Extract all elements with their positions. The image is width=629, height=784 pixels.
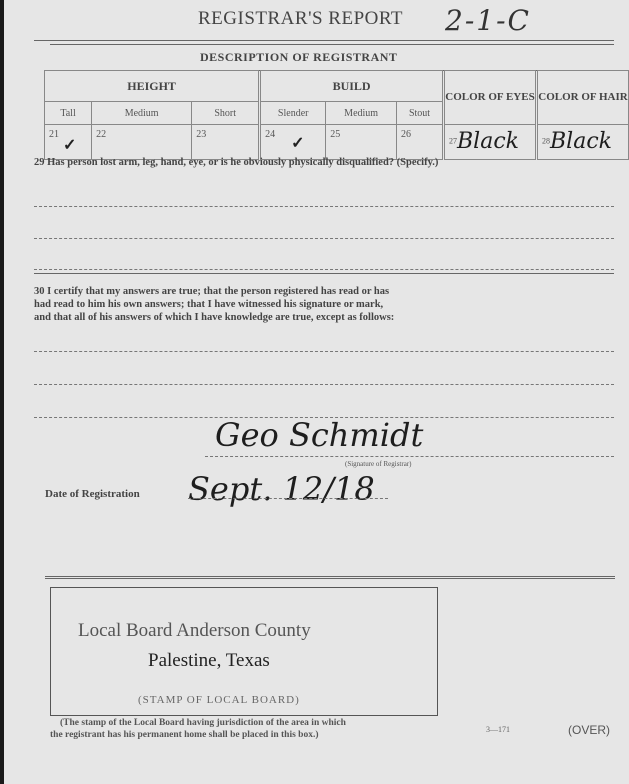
cell-stout: 26 <box>397 125 444 160</box>
footnote-line: (The stamp of the Local Board having jur… <box>50 717 346 729</box>
field-number: 28 <box>542 137 550 146</box>
column-label-stout: Stout <box>397 102 444 125</box>
registrar-signature: Geo Schmidt <box>215 416 423 454</box>
form-number: 3—171 <box>486 725 510 734</box>
stamp-board-location: Palestine, Texas <box>148 650 270 672</box>
date-label: Date of Registration <box>45 488 140 500</box>
rule-divider <box>45 576 615 577</box>
stamp-board-name: Local Board Anderson County <box>78 620 311 642</box>
question-30: 30 I certify that my answers are true; t… <box>34 285 619 324</box>
question-30-line: and that all of his answers of which I h… <box>34 311 619 324</box>
question-30-line: 30 I certify that my answers are true; t… <box>34 285 619 298</box>
hair-color-value: Black <box>550 129 612 154</box>
eye-color-value: Black <box>457 129 519 154</box>
cell-short: 23 <box>192 125 260 160</box>
column-label-short: Short <box>192 102 260 125</box>
rule-divider <box>50 44 614 45</box>
signature-line <box>205 456 614 457</box>
rule-divider <box>34 273 614 274</box>
answer-line <box>34 206 614 207</box>
registration-date: Sept. 12/18 <box>188 470 375 508</box>
answer-line <box>34 238 614 239</box>
field-number: 26 <box>401 129 411 140</box>
date-line <box>188 498 388 499</box>
answer-line <box>34 269 614 270</box>
eye-color-header: COLOR OF EYES <box>444 71 537 125</box>
over-label: (OVER) <box>568 723 610 737</box>
cell-medium-build: 25 <box>326 125 397 160</box>
build-header: BUILD <box>260 71 444 102</box>
cell-tall: 21 ✓ <box>45 125 92 160</box>
field-number: 27 <box>449 137 457 146</box>
rule-divider <box>34 40 614 41</box>
cell-eye-color: 27Black <box>444 125 537 160</box>
signature-caption: (Signature of Registrar) <box>345 460 411 468</box>
question-29: 29 Has person lost arm, leg, hand, eye, … <box>34 156 619 169</box>
stamp-footnote: (The stamp of the Local Board having jur… <box>50 717 346 741</box>
check-mark-icon: ✓ <box>291 133 304 153</box>
answer-line <box>34 384 614 385</box>
answer-line <box>34 351 614 352</box>
column-label-tall: Tall <box>45 102 92 125</box>
field-number: 25 <box>330 129 340 140</box>
column-label-medium-build: Medium <box>326 102 397 125</box>
field-number: 23 <box>196 129 206 140</box>
height-header: HEIGHT <box>45 71 260 102</box>
field-number: 24 <box>265 129 275 140</box>
question-30-line: had read to him his own answers; that I … <box>34 298 619 311</box>
cell-medium-height: 22 <box>92 125 192 160</box>
cell-slender: 24 ✓ <box>260 125 326 160</box>
section-title: DESCRIPTION OF REGISTRANT <box>200 50 397 65</box>
field-number: 21 <box>49 129 59 140</box>
check-mark-icon: ✓ <box>63 135 76 155</box>
column-label-slender: Slender <box>260 102 326 125</box>
hair-color-header: COLOR OF HAIR <box>537 71 629 125</box>
cell-hair-color: 28Black <box>537 125 629 160</box>
document-title: REGISTRAR'S REPORT <box>198 8 403 30</box>
column-label-medium-height: Medium <box>92 102 192 125</box>
footnote-line: the registrant has his permanent home sh… <box>50 729 346 741</box>
stamp-caption: (STAMP OF LOCAL BOARD) <box>138 694 300 706</box>
description-table: HEIGHT BUILD COLOR OF EYES COLOR OF HAIR… <box>44 70 629 160</box>
handwritten-classification-code: 2-1-C <box>445 4 531 37</box>
field-number: 22 <box>96 129 106 140</box>
rule-divider <box>45 578 615 579</box>
